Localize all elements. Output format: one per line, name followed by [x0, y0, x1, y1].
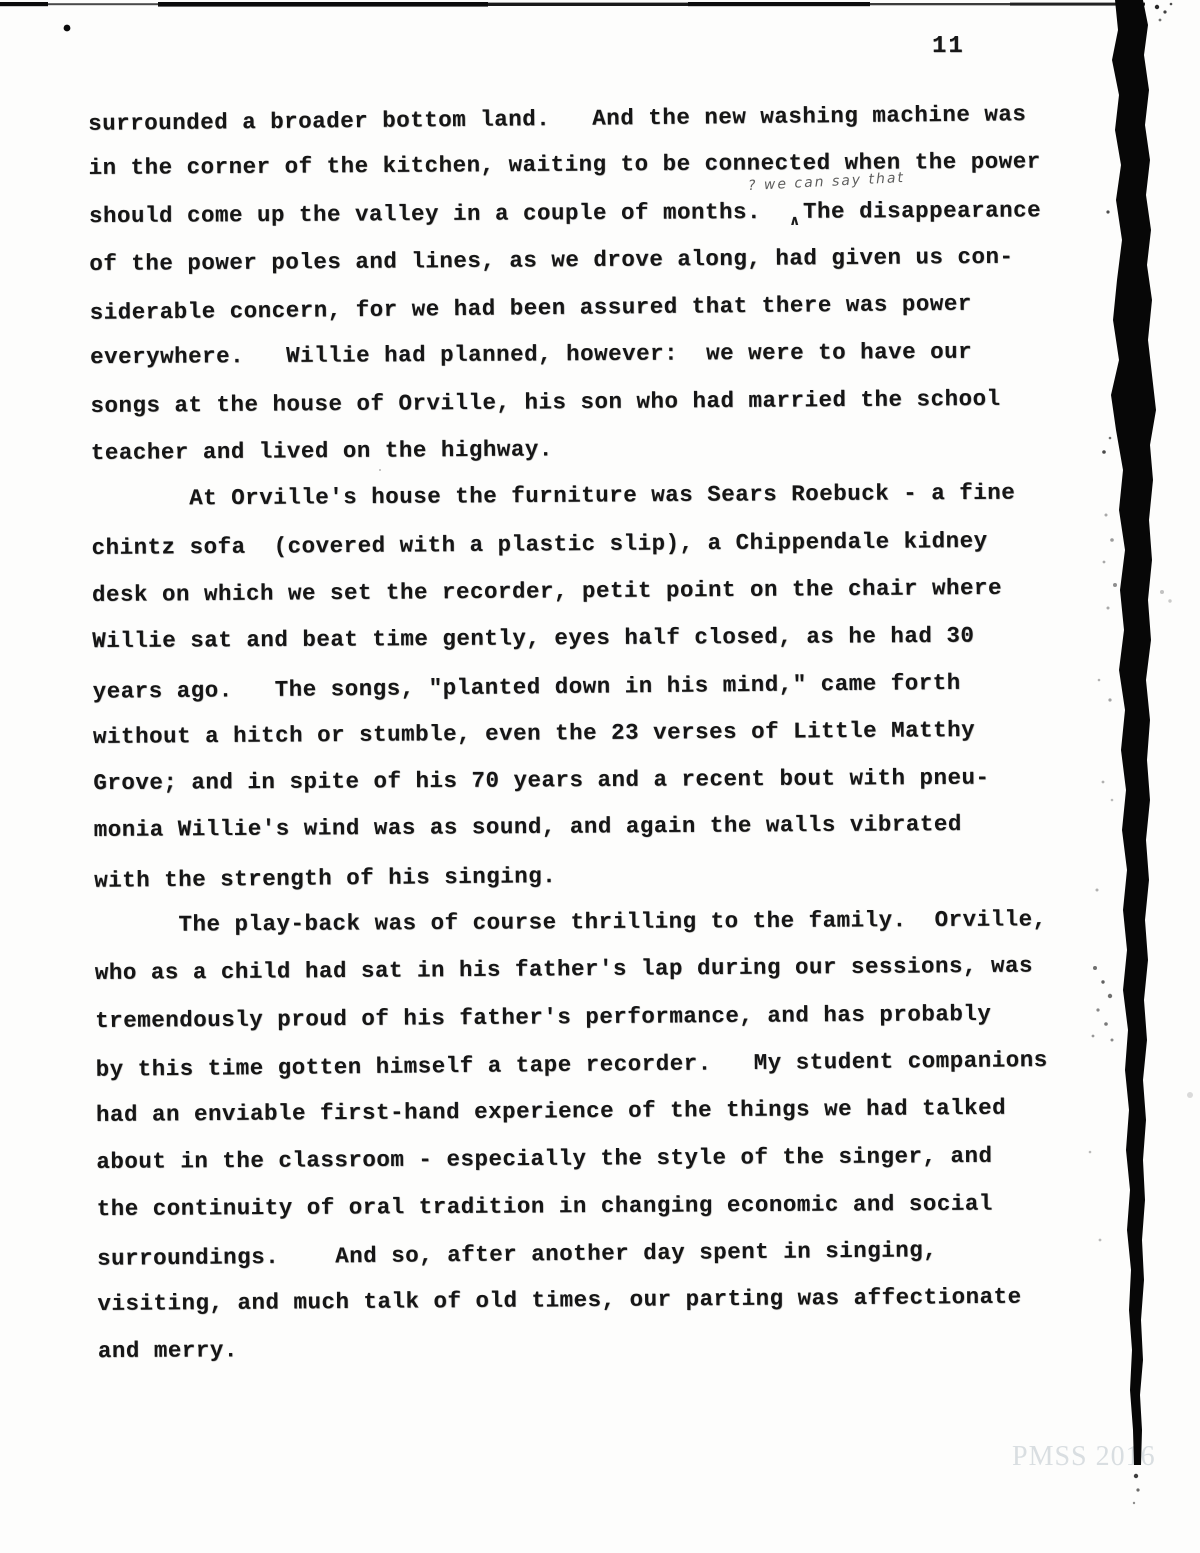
typed-line: of the power poles and lines, as we drov… [89, 233, 1089, 288]
typed-line: teacher and lived on the highway. [91, 422, 1091, 477]
top-edge-line [0, 2, 1145, 7]
typed-line: about in the classroom - especially the … [96, 1132, 1096, 1186]
typed-line: At Orville's house the furniture was Sea… [91, 470, 1091, 524]
typed-line: The play-back was of course thrilling to… [94, 896, 1094, 949]
typed-line: had an enviable first-hand experience of… [96, 1084, 1096, 1139]
typed-line: monia Willie's wind was as sound, and ag… [94, 801, 1094, 855]
typed-line: and merry. [98, 1322, 1098, 1375]
scanner-edge-band [1102, 0, 1156, 1504]
typed-line: in the corner of the kitchen, waiting to… [88, 138, 1088, 192]
typed-line: visiting, and much talk of old times, ou… [97, 1274, 1097, 1329]
watermark: PMSS 2016 [1012, 1441, 1156, 1473]
typed-line: desk on which we set the recorder, petit… [92, 564, 1092, 619]
typed-line: should come up the valley in a couple of… [89, 187, 1089, 240]
typed-line: Grove; and in spite of his 70 years and … [93, 754, 1093, 807]
typed-line: everywhere. Willie had planned, however:… [90, 328, 1090, 381]
typed-line: who as a child had sat in his father's l… [95, 942, 1095, 997]
page-number: 11 [932, 33, 965, 60]
typed-line: chintz sofa (covered with a plastic slip… [91, 517, 1091, 572]
typescript-body: surrounded a broader bottom land. And th… [88, 91, 1098, 1376]
typed-line: tremendously proud of his father's perfo… [95, 990, 1095, 1045]
typed-line: songs at the house of Orville, his son w… [90, 375, 1090, 430]
typed-line: Willie sat and beat time gently, eyes ha… [92, 612, 1092, 665]
typed-line: the continuity of oral tradition in chan… [97, 1180, 1097, 1233]
scanned-page: 11 ? we can say that ∧ surrounded a broa… [0, 0, 1200, 1553]
typed-line: years ago. The songs, "planted down in h… [92, 658, 1092, 716]
